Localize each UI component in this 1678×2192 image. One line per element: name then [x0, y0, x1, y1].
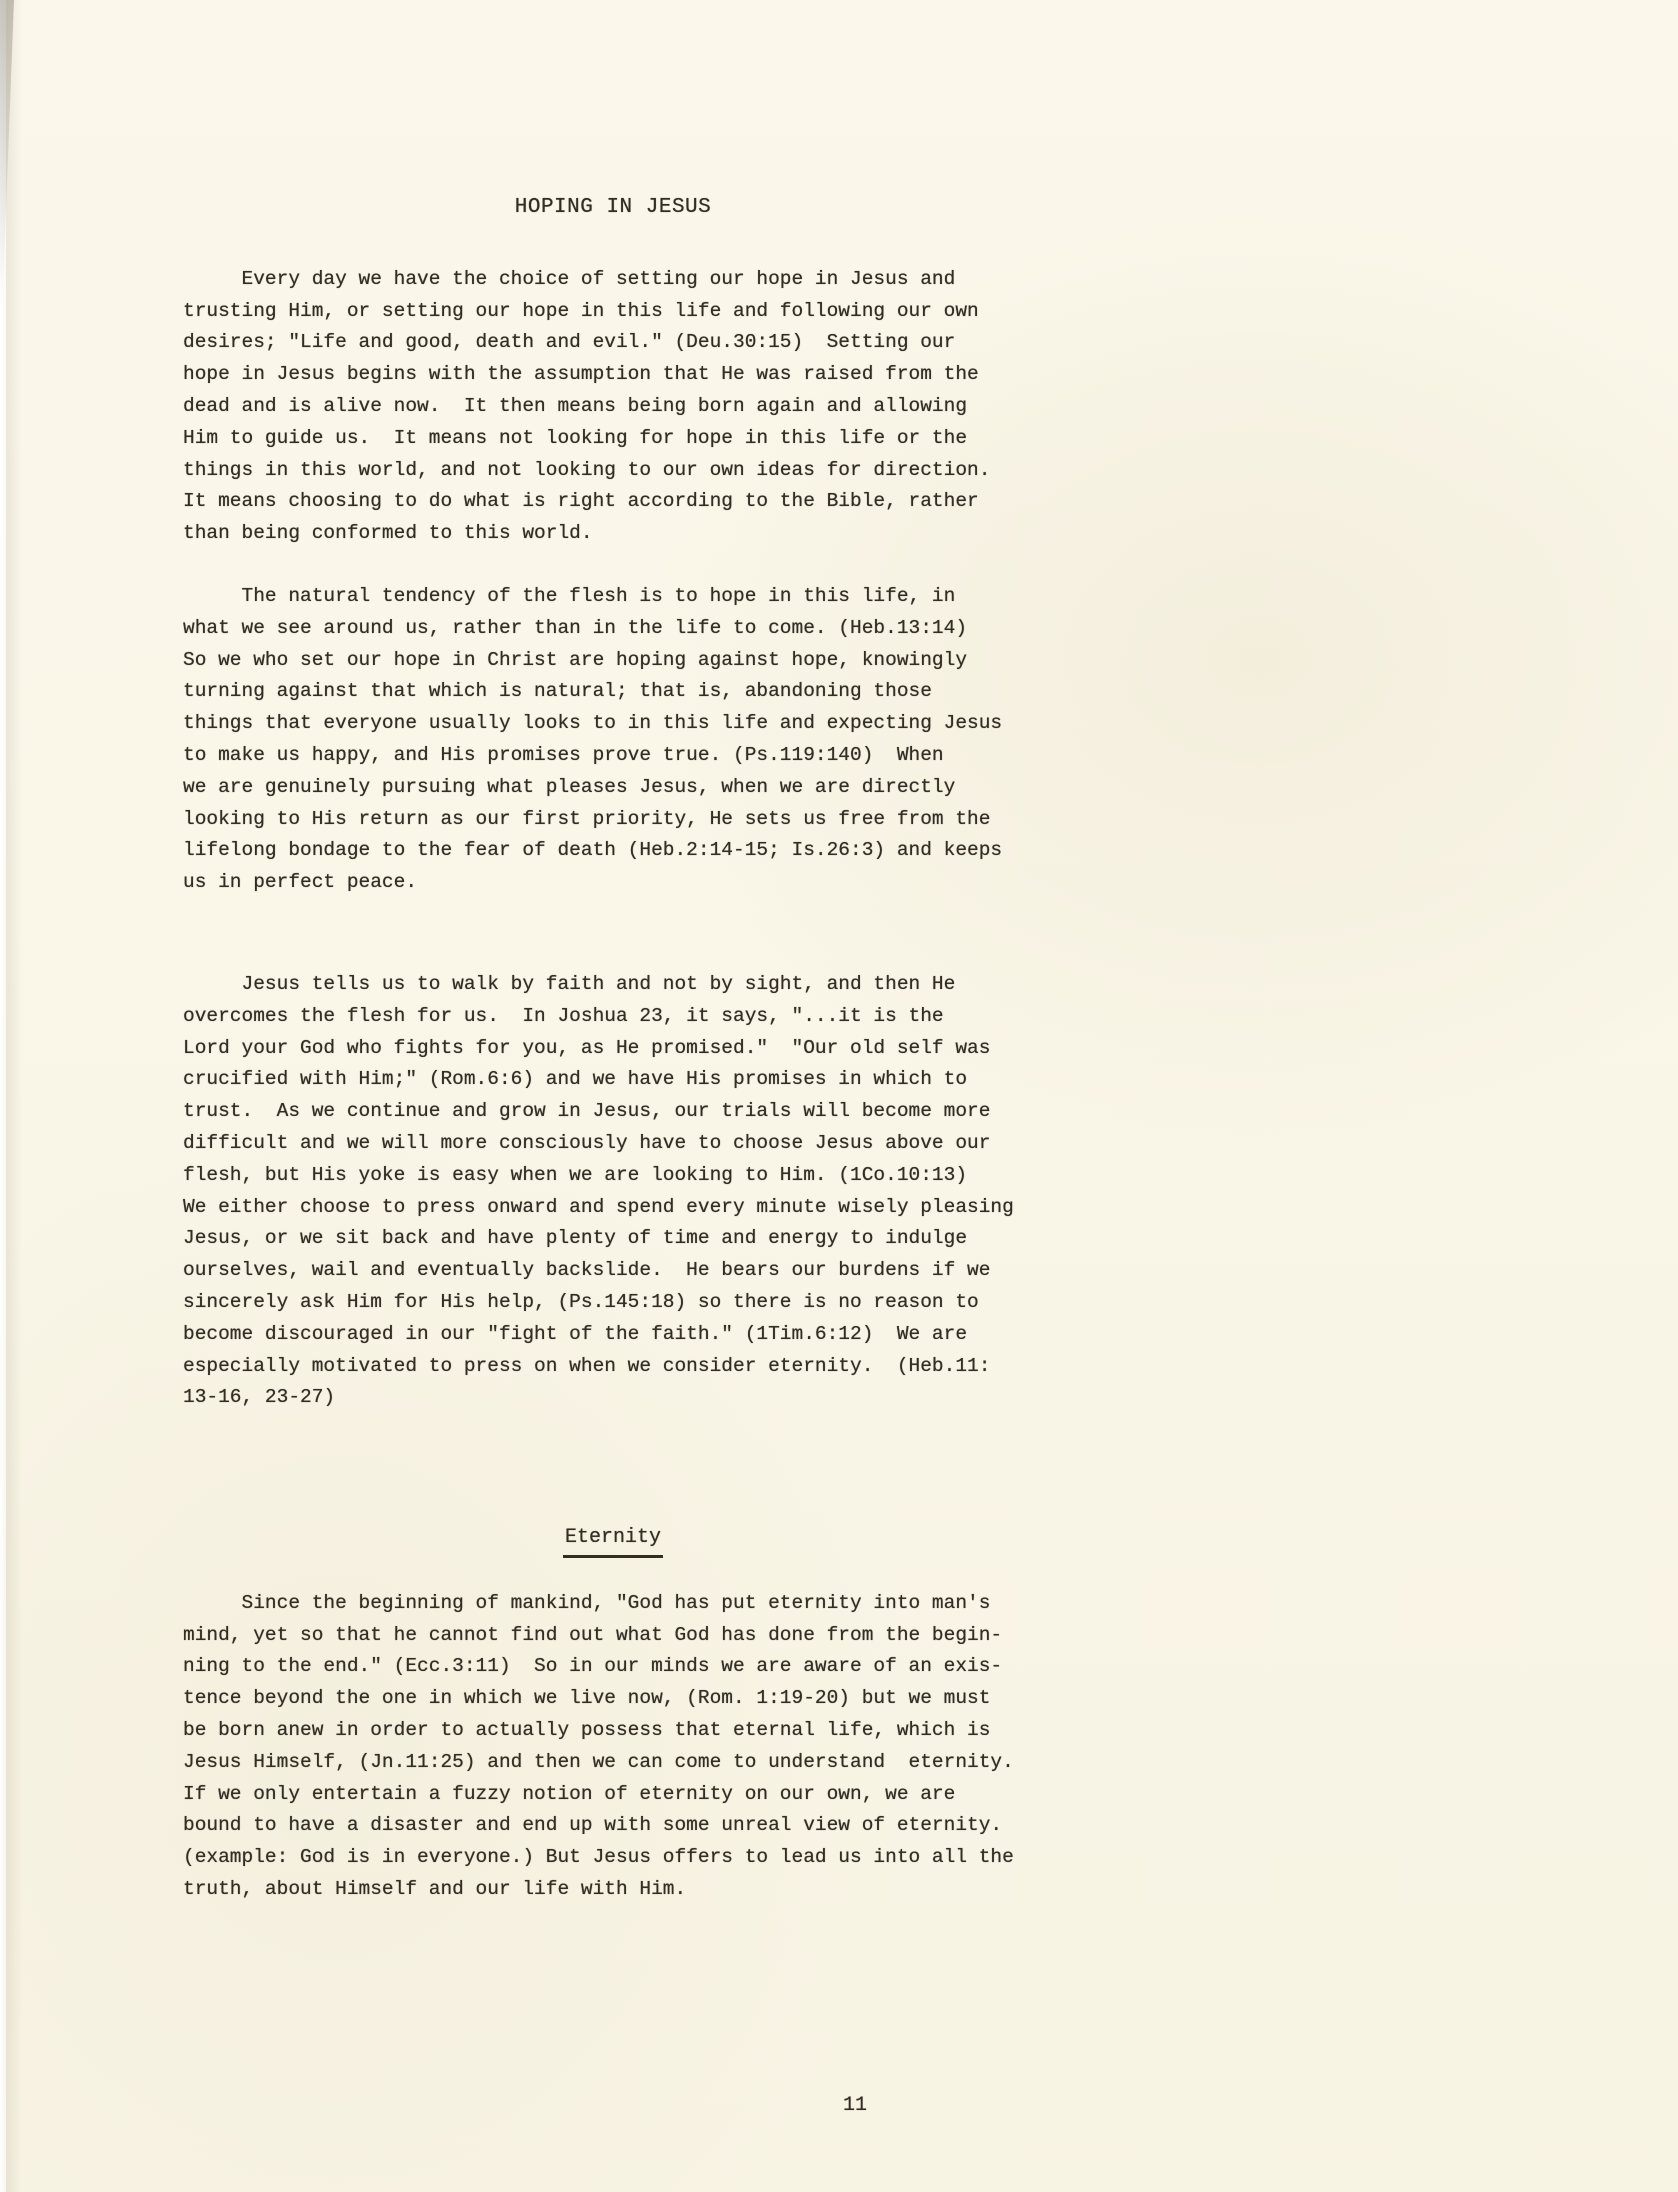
text-line: turning against that which is natural; t…	[183, 676, 1043, 708]
text-line: than being conformed to this world.	[183, 518, 1043, 550]
text-line: trusting Him, or setting our hope in thi…	[183, 296, 1043, 328]
text-line: ourselves, wail and eventually backslide…	[183, 1255, 1043, 1287]
text-line: Every day we have the choice of setting …	[183, 264, 1043, 296]
page-number: 11	[820, 2090, 890, 2122]
text-line: be born anew in order to actually posses…	[183, 1715, 1043, 1747]
text-line: things that everyone usually looks to in…	[183, 708, 1043, 740]
text-line: It means choosing to do what is right ac…	[183, 486, 1043, 518]
document-body: Every day we have the choice of setting …	[183, 264, 1043, 1906]
text-line: Jesus Himself, (Jn.11:25) and then we ca…	[183, 1747, 1043, 1779]
text-line: So we who set our hope in Christ are hop…	[183, 645, 1043, 677]
text-line: to make us happy, and His promises prove…	[183, 740, 1043, 772]
scanned-document-page: HOPING IN JESUS Every day we have the ch…	[0, 0, 1678, 2192]
section-heading: Eternity	[563, 1522, 663, 1558]
text-line: become discouraged in our "fight of the …	[183, 1319, 1043, 1351]
paragraph: Since the beginning of mankind, "God has…	[183, 1588, 1043, 1906]
text-line: ning to the end." (Ecc.3:11) So in our m…	[183, 1651, 1043, 1683]
page-title: HOPING IN JESUS	[183, 192, 1043, 224]
text-line: mind, yet so that he cannot find out wha…	[183, 1620, 1043, 1652]
text-line: Lord your God who fights for you, as He …	[183, 1033, 1043, 1065]
section-heading-row: Eternity	[183, 1522, 1043, 1558]
text-line: bound to have a disaster and end up with…	[183, 1810, 1043, 1842]
scan-edge-highlight	[0, 0, 8, 2192]
text-line: sincerely ask Him for His help, (Ps.145:…	[183, 1287, 1043, 1319]
text-line: tence beyond the one in which we live no…	[183, 1683, 1043, 1715]
text-line: Jesus tells us to walk by faith and not …	[183, 969, 1043, 1001]
text-line: truth, about Himself and our life with H…	[183, 1874, 1043, 1906]
text-line: overcomes the flesh for us. In Joshua 23…	[183, 1001, 1043, 1033]
text-line: looking to His return as our first prior…	[183, 804, 1043, 836]
text-line: Since the beginning of mankind, "God has…	[183, 1588, 1043, 1620]
text-line: us in perfect peace.	[183, 867, 1043, 899]
paragraph: Jesus tells us to walk by faith and not …	[183, 969, 1043, 1414]
text-line: we are genuinely pursuing what pleases J…	[183, 772, 1043, 804]
text-line: things in this world, and not looking to…	[183, 455, 1043, 487]
text-line: desires; "Life and good, death and evil.…	[183, 327, 1043, 359]
text-line: especially motivated to press on when we…	[183, 1351, 1043, 1383]
text-line: If we only entertain a fuzzy notion of e…	[183, 1779, 1043, 1811]
text-line: We either choose to press onward and spe…	[183, 1192, 1043, 1224]
text-line: difficult and we will more consciously h…	[183, 1128, 1043, 1160]
text-line: what we see around us, rather than in th…	[183, 613, 1043, 645]
text-line: Him to guide us. It means not looking fo…	[183, 423, 1043, 455]
paragraph: The natural tendency of the flesh is to …	[183, 581, 1043, 899]
scan-edge-shadow	[6, 0, 22, 2192]
text-line: hope in Jesus begins with the assumption…	[183, 359, 1043, 391]
paragraph: Every day we have the choice of setting …	[183, 264, 1043, 550]
document-content: HOPING IN JESUS Every day we have the ch…	[183, 192, 1043, 1906]
scan-corner-artifact	[0, 0, 14, 300]
text-line: Jesus, or we sit back and have plenty of…	[183, 1223, 1043, 1255]
text-line: lifelong bondage to the fear of death (H…	[183, 835, 1043, 867]
text-line: 13-16, 23-27)	[183, 1382, 1043, 1414]
text-line: (example: God is in everyone.) But Jesus…	[183, 1842, 1043, 1874]
text-line: crucified with Him;" (Rom.6:6) and we ha…	[183, 1064, 1043, 1096]
text-line: dead and is alive now. It then means bei…	[183, 391, 1043, 423]
text-line: trust. As we continue and grow in Jesus,…	[183, 1096, 1043, 1128]
text-line: The natural tendency of the flesh is to …	[183, 581, 1043, 613]
text-line: flesh, but His yoke is easy when we are …	[183, 1160, 1043, 1192]
